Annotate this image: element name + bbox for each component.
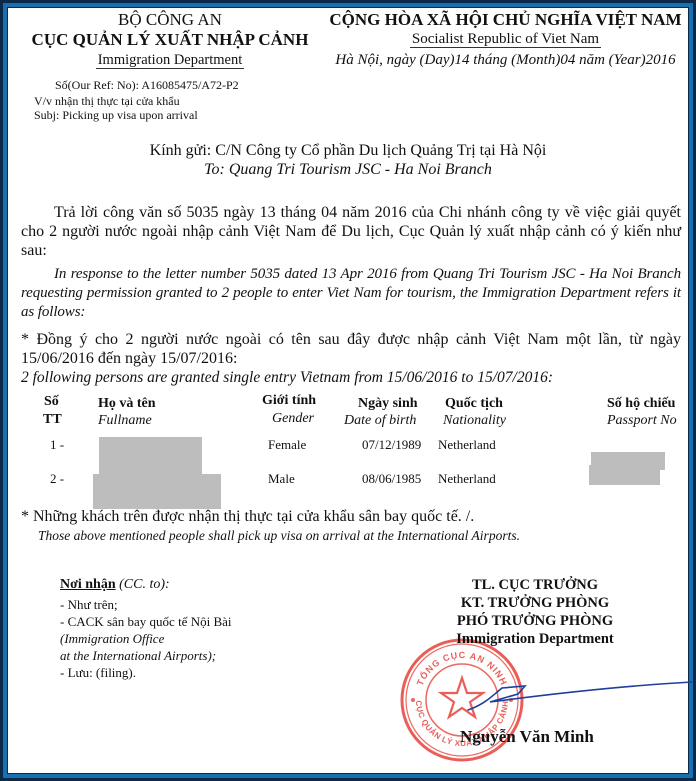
signature-title-1: TL. CỤC TRƯỞNG [390,577,680,594]
gender-cell: Female [268,437,306,453]
signature-title-4: Immigration Department [390,631,680,648]
visa-note-vn: * Những khách trên được nhận thị thực tạ… [21,508,474,526]
subject-vn: V/v nhận thị thực tại cửa khẩu [34,94,180,109]
ministry-name: BỘ CÔNG AN [20,10,320,30]
col-nationality-header-en: Nationality [443,413,506,429]
cc-item: - CACK sân bay quốc tế Nội Bài [60,614,232,630]
grant-paragraph-en: 2 following persons are granted single e… [21,368,681,387]
col-gender-header-vn: Giới tính [262,393,316,409]
cc-title-vn: Nơi nhận [60,577,116,592]
col-no-header-vn: Số [44,394,59,410]
signer-name: Nguyễn Văn Minh [460,727,594,747]
department-name-en: Immigration Department [20,52,320,69]
republic-title: CỘNG HÒA XÃ HỘI CHỦ NGHĨA VIỆT NAM [315,10,696,30]
col-nationality-header-vn: Quốc tịch [445,396,503,412]
cc-item: - Như trên; [60,597,118,613]
department-name-en-text: Immigration Department [96,52,245,69]
signature-title-3: PHÓ TRƯỞNG PHÒNG [390,613,680,630]
cc-item: - Lưu: (filing). [60,665,136,681]
reference-number: Số(Our Ref: No): A16085475/A72-P2 [55,78,239,93]
cc-item: (Immigration Office [60,631,164,647]
cc-title: Nơi nhận (CC. to): [60,577,170,593]
subject-en: Subj: Picking up visa upon arrival [34,108,198,123]
col-gender-header-en: Gender [272,411,314,427]
col-name-header-vn: Họ và tên [98,396,156,412]
col-dob-header-en: Date of birth [344,413,416,429]
visa-note-en: Those above mentioned people shall pick … [38,528,520,544]
dob-cell: 08/06/1985 [362,471,421,487]
nationality-cell: Netherland [438,471,496,487]
col-passport-header-en: Passport No [607,413,677,429]
row-number: 2 - [50,471,64,487]
cc-title-en: (CC. to): [116,577,170,592]
grant-paragraph-vn: * Đồng ý cho 2 người nước ngoài có tên s… [21,330,681,368]
addressee-vn: Kính gửi: C/N Công ty Cổ phần Du lịch Qu… [0,142,696,160]
handwritten-signature-icon [430,680,696,730]
col-no-header-en: TT [43,412,62,428]
reply-paragraph-vn: Trả lời công văn số 5035 ngày 13 tháng 0… [21,203,681,260]
fullname-redacted [99,437,202,474]
republic-title-en-text: Socialist Republic of Viet Nam [410,31,601,48]
cc-item: at the International Airports); [60,648,216,664]
fullname-redacted [93,474,221,509]
department-name: CỤC QUẢN LÝ XUẤT NHẬP CẢNH [20,30,320,50]
signature-title-2: KT. TRƯỞNG PHÒNG [390,595,680,612]
col-name-header-en: Fullname [98,413,152,429]
passport-redacted [589,465,660,485]
col-dob-header-vn: Ngày sinh [358,396,418,412]
gender-cell: Male [268,471,295,487]
dob-cell: 07/12/1989 [362,437,421,453]
nationality-cell: Netherland [438,437,496,453]
addressee-en: To: Quang Tri Tourism JSC - Ha Noi Branc… [0,161,696,179]
row-number: 1 - [50,437,64,453]
reply-paragraph-en: In response to the letter number 5035 da… [21,265,681,322]
place-date: Hà Nội, ngày (Day)14 tháng (Month)04 năm… [315,52,696,69]
republic-title-en: Socialist Republic of Viet Nam [315,31,696,48]
col-passport-header-vn: Số hộ chiếu [607,396,675,412]
